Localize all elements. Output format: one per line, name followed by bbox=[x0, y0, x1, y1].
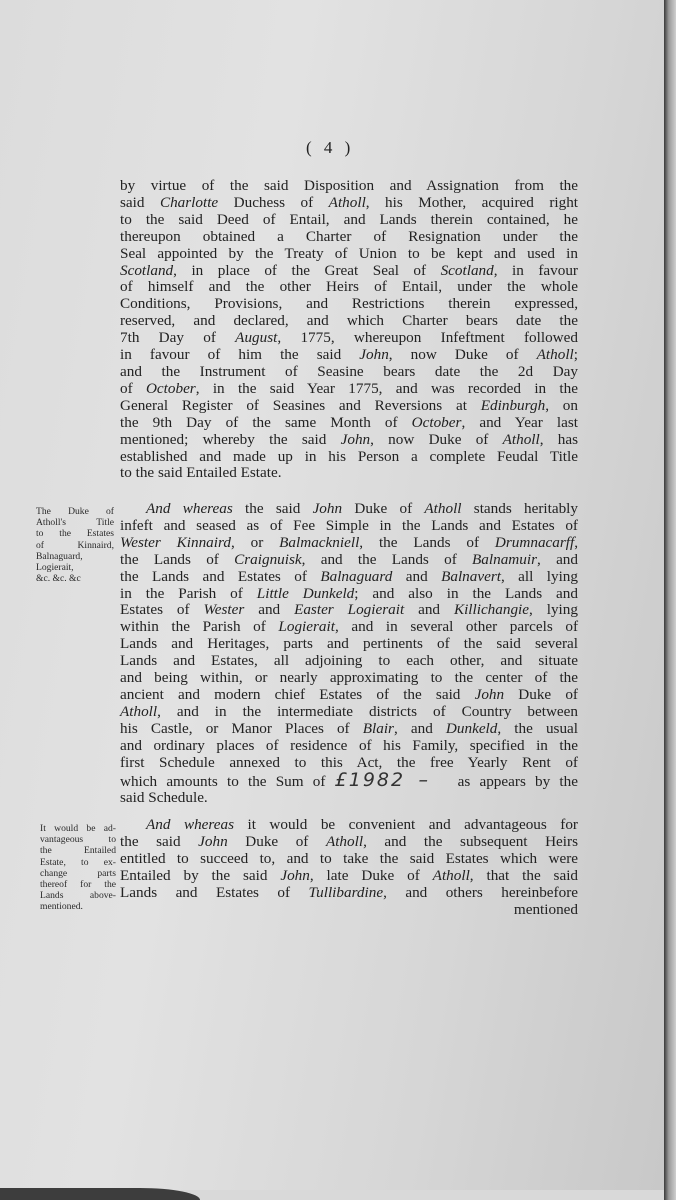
margin-line: thereof for the bbox=[40, 879, 116, 890]
text-line: reserved, and declared, and which Charte… bbox=[120, 313, 578, 330]
text-line: Lands and Heritages, parts and pertinent… bbox=[120, 636, 578, 653]
margin-line: It would be ad- bbox=[40, 823, 116, 834]
margin-line: Estate, to ex- bbox=[40, 857, 116, 868]
text-line: Estates of Wester and Easter Logierait a… bbox=[120, 602, 578, 619]
text-line: And whereas it would be convenient and a… bbox=[120, 817, 578, 834]
margin-line: of Kinnaird, bbox=[36, 540, 114, 551]
text-line: Entailed by the said John, late Duke of … bbox=[120, 868, 578, 885]
page-bottom-edge bbox=[0, 1188, 200, 1200]
margin-line: Atholl's Title bbox=[36, 517, 114, 528]
page-number: ( 4 ) bbox=[306, 138, 354, 158]
text-line: thereupon obtained a Charter of Resignat… bbox=[120, 229, 578, 246]
text-line: entitled to succeed to, and to take the … bbox=[120, 851, 578, 868]
page-edge-shadow bbox=[664, 0, 676, 1200]
margin-line: Balnaguard, bbox=[36, 551, 114, 562]
text-line: said Charlotte Duchess of Atholl, his Mo… bbox=[120, 195, 578, 212]
text-line: Lands and Estates of Tullibardine, and o… bbox=[120, 885, 578, 902]
text-line: the 9th Day of the same Month of October… bbox=[120, 415, 578, 432]
text-line: the said John Duke of Atholl, and the su… bbox=[120, 834, 578, 851]
margin-line: mentioned. bbox=[40, 901, 116, 912]
text-line: said Schedule. bbox=[120, 790, 578, 807]
margin-line: Lands above- bbox=[40, 890, 116, 901]
text-line: in the Parish of Little Dunkeld; and als… bbox=[120, 586, 578, 603]
text-line: to the said Entailed Estate. bbox=[120, 465, 578, 482]
text-line: by virtue of the said Disposition and As… bbox=[120, 178, 578, 195]
text-line: infeft and seased as of Fee Simple in th… bbox=[120, 518, 578, 535]
document-page: ( 4 ) by virtue of the said Disposition … bbox=[0, 0, 664, 1190]
text-line: Scotland, in place of the Great Seal of … bbox=[120, 263, 578, 280]
margin-line: &c. &c. &c bbox=[36, 573, 114, 584]
text-line: ancient and modern chief Estates of the … bbox=[120, 687, 578, 704]
text-line: Atholl, and in the intermediate district… bbox=[120, 704, 578, 721]
margin-line: vantageous to bbox=[40, 834, 116, 845]
text-line: which amounts to the Sum of £1982 – as a… bbox=[120, 772, 578, 791]
margin-line: the Entailed bbox=[40, 845, 116, 856]
text-line: 7th Day of August, 1775, whereupon Infef… bbox=[120, 330, 578, 347]
text-line: within the Parish of Logierait, and in s… bbox=[120, 619, 578, 636]
text-line: to the said Deed of Entail, and Lands th… bbox=[120, 212, 578, 229]
text-line: And whereas the said John Duke of Atholl… bbox=[120, 501, 578, 518]
paragraph-disposition: by virtue of the said Disposition and As… bbox=[120, 178, 578, 482]
text-line: and the Instrument of Seasine bears date… bbox=[120, 364, 578, 381]
text-line: and being within, or nearly approximatin… bbox=[120, 670, 578, 687]
margin-line: Logierait, bbox=[36, 562, 114, 573]
text-line: mentioned; whereby the said John, now Du… bbox=[120, 432, 578, 449]
text-line: Lands and Estates, all adjoining to each… bbox=[120, 653, 578, 670]
text-line: of himself and the other Heirs of Entail… bbox=[120, 279, 578, 296]
paragraph-exchange: And whereas it would be convenient and a… bbox=[120, 817, 578, 918]
text-line: established and made up in his Person a … bbox=[120, 449, 578, 466]
margin-line: The Duke of bbox=[36, 506, 114, 517]
handwritten-sum: £1982 – bbox=[335, 769, 430, 791]
text-line: the Lands and Estates of Balnaguard and … bbox=[120, 569, 578, 586]
text-line: the Lands of Craignuisk, and the Lands o… bbox=[120, 552, 578, 569]
text-line: Wester Kinnaird, or Balmackniell, the La… bbox=[120, 535, 578, 552]
text-line: Seal appointed by the Treaty of Union to… bbox=[120, 246, 578, 263]
margin-line: change parts bbox=[40, 868, 116, 879]
text-line: of October, in the said Year 1775, and w… bbox=[120, 381, 578, 398]
catchword: mentioned bbox=[120, 902, 578, 919]
text-line: in favour of him the said John, now Duke… bbox=[120, 347, 578, 364]
margin-note-exchange: It would be ad- vantageous to the Entail… bbox=[40, 823, 116, 913]
text-line: Conditions, Provisions, and Restrictions… bbox=[120, 296, 578, 313]
margin-note-title: The Duke of Atholl's Title to the Estate… bbox=[36, 506, 114, 584]
text-line: General Register of Seasines and Reversi… bbox=[120, 398, 578, 415]
text-line: his Castle, or Manor Places of Blair, an… bbox=[120, 721, 578, 738]
paragraph-lands: And whereas the said John Duke of Atholl… bbox=[120, 501, 578, 807]
margin-line: to the Estates bbox=[36, 528, 114, 539]
text-line: and ordinary places of residence of his … bbox=[120, 738, 578, 755]
